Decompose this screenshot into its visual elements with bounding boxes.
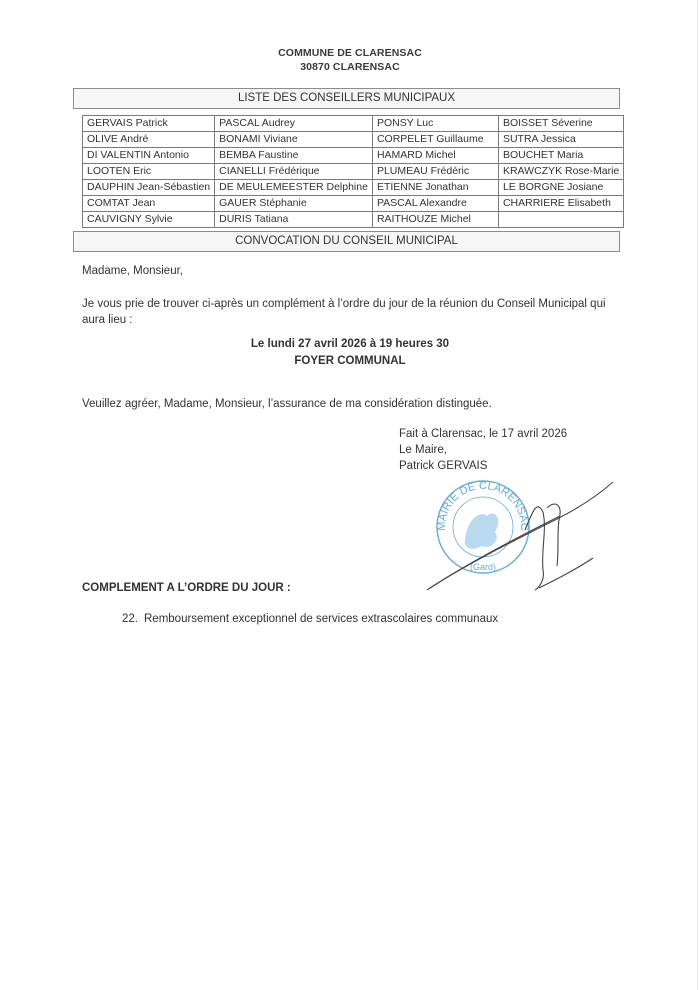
councillor-name: DURIS Tatiana [215,212,373,228]
councillor-name: BOISSET Séverine [498,116,623,132]
councillor-name: LE BORGNE Josiane [498,180,623,196]
councillor-name: OLIVE André [83,132,215,148]
councillor-name: CORPELET Guillaume [372,132,498,148]
agenda-title: COMPLEMENT A L’ORDRE DU JOUR : [82,582,291,594]
councillor-name: RAITHOUZE Michel [372,212,498,228]
councillor-name: CIANELLI Frédérique [215,164,373,180]
table-row: CAUVIGNY SylvieDURIS TatianaRAITHOUZE Mi… [83,212,624,228]
salutation: Madame, Monsieur, [82,265,183,277]
councillor-name: KRAWCZYK Rose-Marie [498,164,623,180]
councillor-name: LOOTEN Eric [83,164,215,180]
commune-name: COMMUNE DE CLARENSAC [0,47,700,59]
table-row: GERVAIS PatrickPASCAL AudreyPONSY LucBOI… [83,116,624,132]
table-row: OLIVE AndréBONAMI VivianeCORPELET Guilla… [83,132,624,148]
councillor-name: GERVAIS Patrick [83,116,215,132]
councillors-table: GERVAIS PatrickPASCAL AudreyPONSY LucBOI… [82,115,624,228]
councillor-name: PASCAL Audrey [215,116,373,132]
meeting-date: Le lundi 27 avril 2026 à 19 heures 30 [0,338,700,350]
councillor-name: GAUER Stéphanie [215,196,373,212]
closing-formula: Veuillez agréer, Madame, Monsieur, l’ass… [82,398,492,410]
councillor-name: BONAMI Viviane [215,132,373,148]
councillor-name: BOUCHET Maria [498,148,623,164]
agenda-item: 22.Remboursement exceptionnel de service… [122,613,498,625]
table-row: LOOTEN EricCIANELLI FrédériquePLUMEAU Fr… [83,164,624,180]
table-row: DAUPHIN Jean-SébastienDE MEULEMEESTER De… [83,180,624,196]
mayor-stamp-and-signature: MAIRIE DE CLARENSAC (Gard) [425,470,625,600]
agenda-item-number: 22. [122,613,138,625]
councillor-name: CAUVIGNY Sylvie [83,212,215,228]
svg-text:(Gard): (Gard) [470,562,496,572]
councillor-name: BEMBA Faustine [215,148,373,164]
councillor-name: CHARRIERE Elisabeth [498,196,623,212]
councillor-name [498,212,623,228]
councillor-name: PLUMEAU Frédéric [372,164,498,180]
councillor-name: PONSY Luc [372,116,498,132]
councillor-name: DAUPHIN Jean-Sébastien [83,180,215,196]
councillor-name: ETIENNE Jonathan [372,180,498,196]
signature-role: Le Maire, [399,442,447,458]
councillor-name: SUTRA Jessica [498,132,623,148]
table-row: DI VALENTIN AntonioBEMBA FaustineHAMARD … [83,148,624,164]
meeting-place: FOYER COMMUNAL [0,355,700,367]
page-edge [697,0,698,990]
councillor-name: HAMARD Michel [372,148,498,164]
councillor-name: PASCAL Alexandre [372,196,498,212]
councillor-name: COMTAT Jean [83,196,215,212]
agenda-item-text: Remboursement exceptionnel de services e… [144,613,498,625]
commune-address: 30870 CLARENSAC [0,61,700,73]
councillor-name: DI VALENTIN Antonio [83,148,215,164]
table-row: COMTAT JeanGAUER StéphaniePASCAL Alexand… [83,196,624,212]
convocation-title: CONVOCATION DU CONSEIL MUNICIPAL [73,231,620,252]
councillors-list-title: LISTE DES CONSEILLERS MUNICIPAUX [73,88,620,109]
convocation-body: Je vous prie de trouver ci-après un comp… [82,296,622,328]
town-seal-icon: MAIRIE DE CLARENSAC (Gard) [436,480,530,573]
signature-place-date: Fait à Clarensac, le 17 avril 2026 [399,426,567,442]
councillor-name: DE MEULEMEESTER Delphine [215,180,373,196]
